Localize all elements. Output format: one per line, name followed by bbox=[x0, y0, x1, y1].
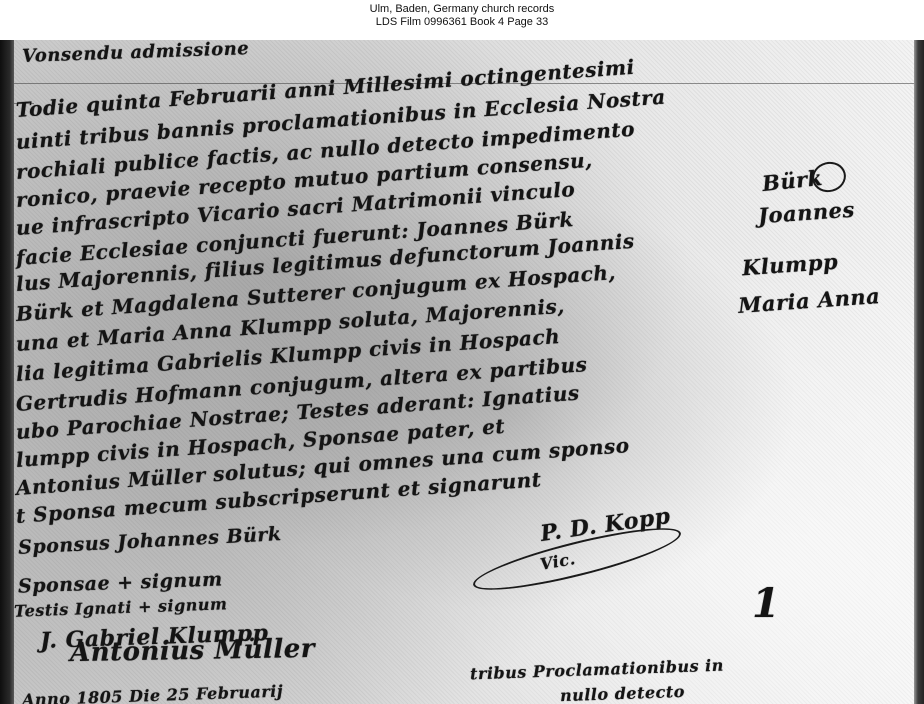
next-entry-line: tribus Proclamationibus in bbox=[470, 656, 724, 684]
scanned-manuscript-page: Vonsendu admissione Todie quinta Februar… bbox=[0, 40, 924, 704]
page-edge-right bbox=[914, 40, 924, 704]
next-entry-line: nullo detecto bbox=[560, 682, 685, 704]
margin-forename-bride: Maria Anna bbox=[737, 283, 881, 318]
page-header: Ulm, Baden, Germany church records LDS F… bbox=[0, 0, 924, 40]
binding-edge-left bbox=[0, 40, 14, 704]
header-title: Ulm, Baden, Germany church records bbox=[0, 3, 924, 16]
next-entry-names: Antonius Müller bbox=[70, 634, 315, 668]
next-entry-line: Anno 1805 Die 25 Februarij bbox=[22, 681, 284, 704]
entry-number: 1 bbox=[752, 580, 780, 627]
signature-groom: Sponsus Johannes Bürk bbox=[18, 523, 282, 559]
signature-witness-mark: Testis Ignati + signum bbox=[14, 594, 228, 620]
margin-forename-groom: Joannes bbox=[757, 197, 855, 229]
margin-surname-bride: Klumpp bbox=[741, 249, 839, 281]
header-subtitle: LDS Film 0996361 Book 4 Page 33 bbox=[0, 16, 924, 29]
top-fragment: Vonsendu admissione bbox=[22, 40, 250, 67]
signature-bride-mark: Sponsae + signum bbox=[18, 568, 223, 597]
